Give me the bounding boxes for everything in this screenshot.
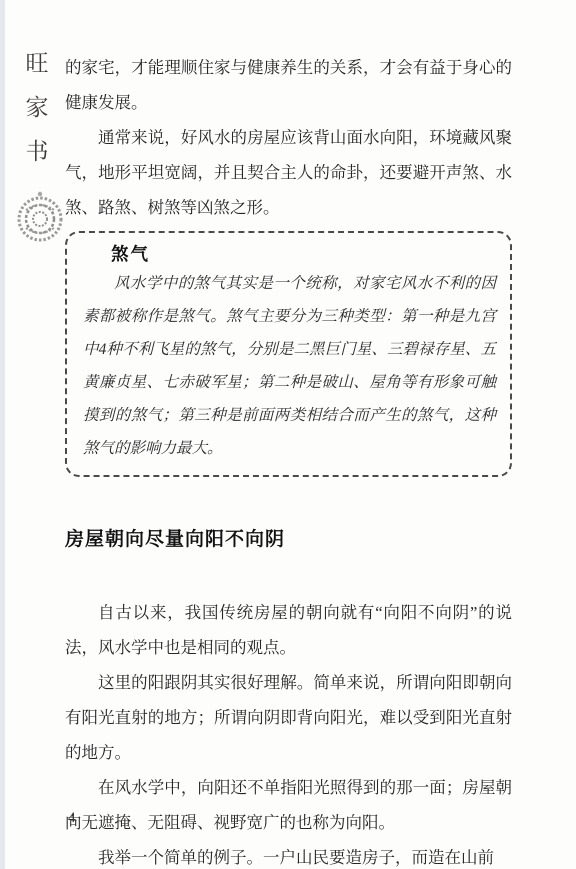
callout-title: 煞气 bbox=[111, 241, 496, 267]
spine-char-1: 旺 bbox=[16, 52, 58, 75]
section-heading: 房屋朝向尽量向阳不向阴 bbox=[65, 529, 512, 551]
paragraph: 这里的阳跟阴其实很好理解。简单来说，所谓向阳即朝向有阳光直射的地方；所谓向阴即背… bbox=[65, 665, 512, 770]
ornamental-seal-icon bbox=[16, 190, 64, 249]
shaqi-callout-box: 煞气 风水学中的煞气其实是一个统称，对家宅风水不利的因素都被称作是煞气。煞气主要… bbox=[65, 231, 512, 477]
spine-char-2: 家 bbox=[16, 96, 58, 119]
paragraph: 通常来说，好风水的房屋应该背山面水向阳，环境藏风聚气，地形平坦宽阔，并且契合主人… bbox=[65, 120, 512, 225]
paragraph: 在风水学中，向阳还不单指阳光照得到的那一面；房屋朝向无遮掩、无阻碍、视野宽广的也… bbox=[65, 770, 512, 840]
paragraph-continued: 的家宅，才能理顺住家与健康养生的关系，才会有益于身心的健康发展。 bbox=[65, 50, 512, 120]
paragraph: 自古以来，我国传统房屋的朝向就有“向阳不向阴”的说法，风水学中也是相同的观点。 bbox=[65, 595, 512, 665]
page-number: 4 bbox=[68, 810, 76, 827]
spine-char-3: 书 bbox=[16, 140, 58, 163]
callout-body: 风水学中的煞气其实是一个统称，对家宅风水不利的因素都被称作是煞气。煞气主要分为三… bbox=[83, 267, 496, 465]
page-body: 的家宅，才能理顺住家与健康养生的关系，才会有益于身心的健康发展。 通常来说，好风… bbox=[65, 50, 512, 869]
book-spine-title: 旺 家 书 bbox=[16, 52, 58, 249]
scanned-page-edge bbox=[0, 0, 5, 869]
paragraph-continues-next-page: 我举一个简单的例子。一户山民要造房子，而造在山前 bbox=[65, 840, 512, 869]
